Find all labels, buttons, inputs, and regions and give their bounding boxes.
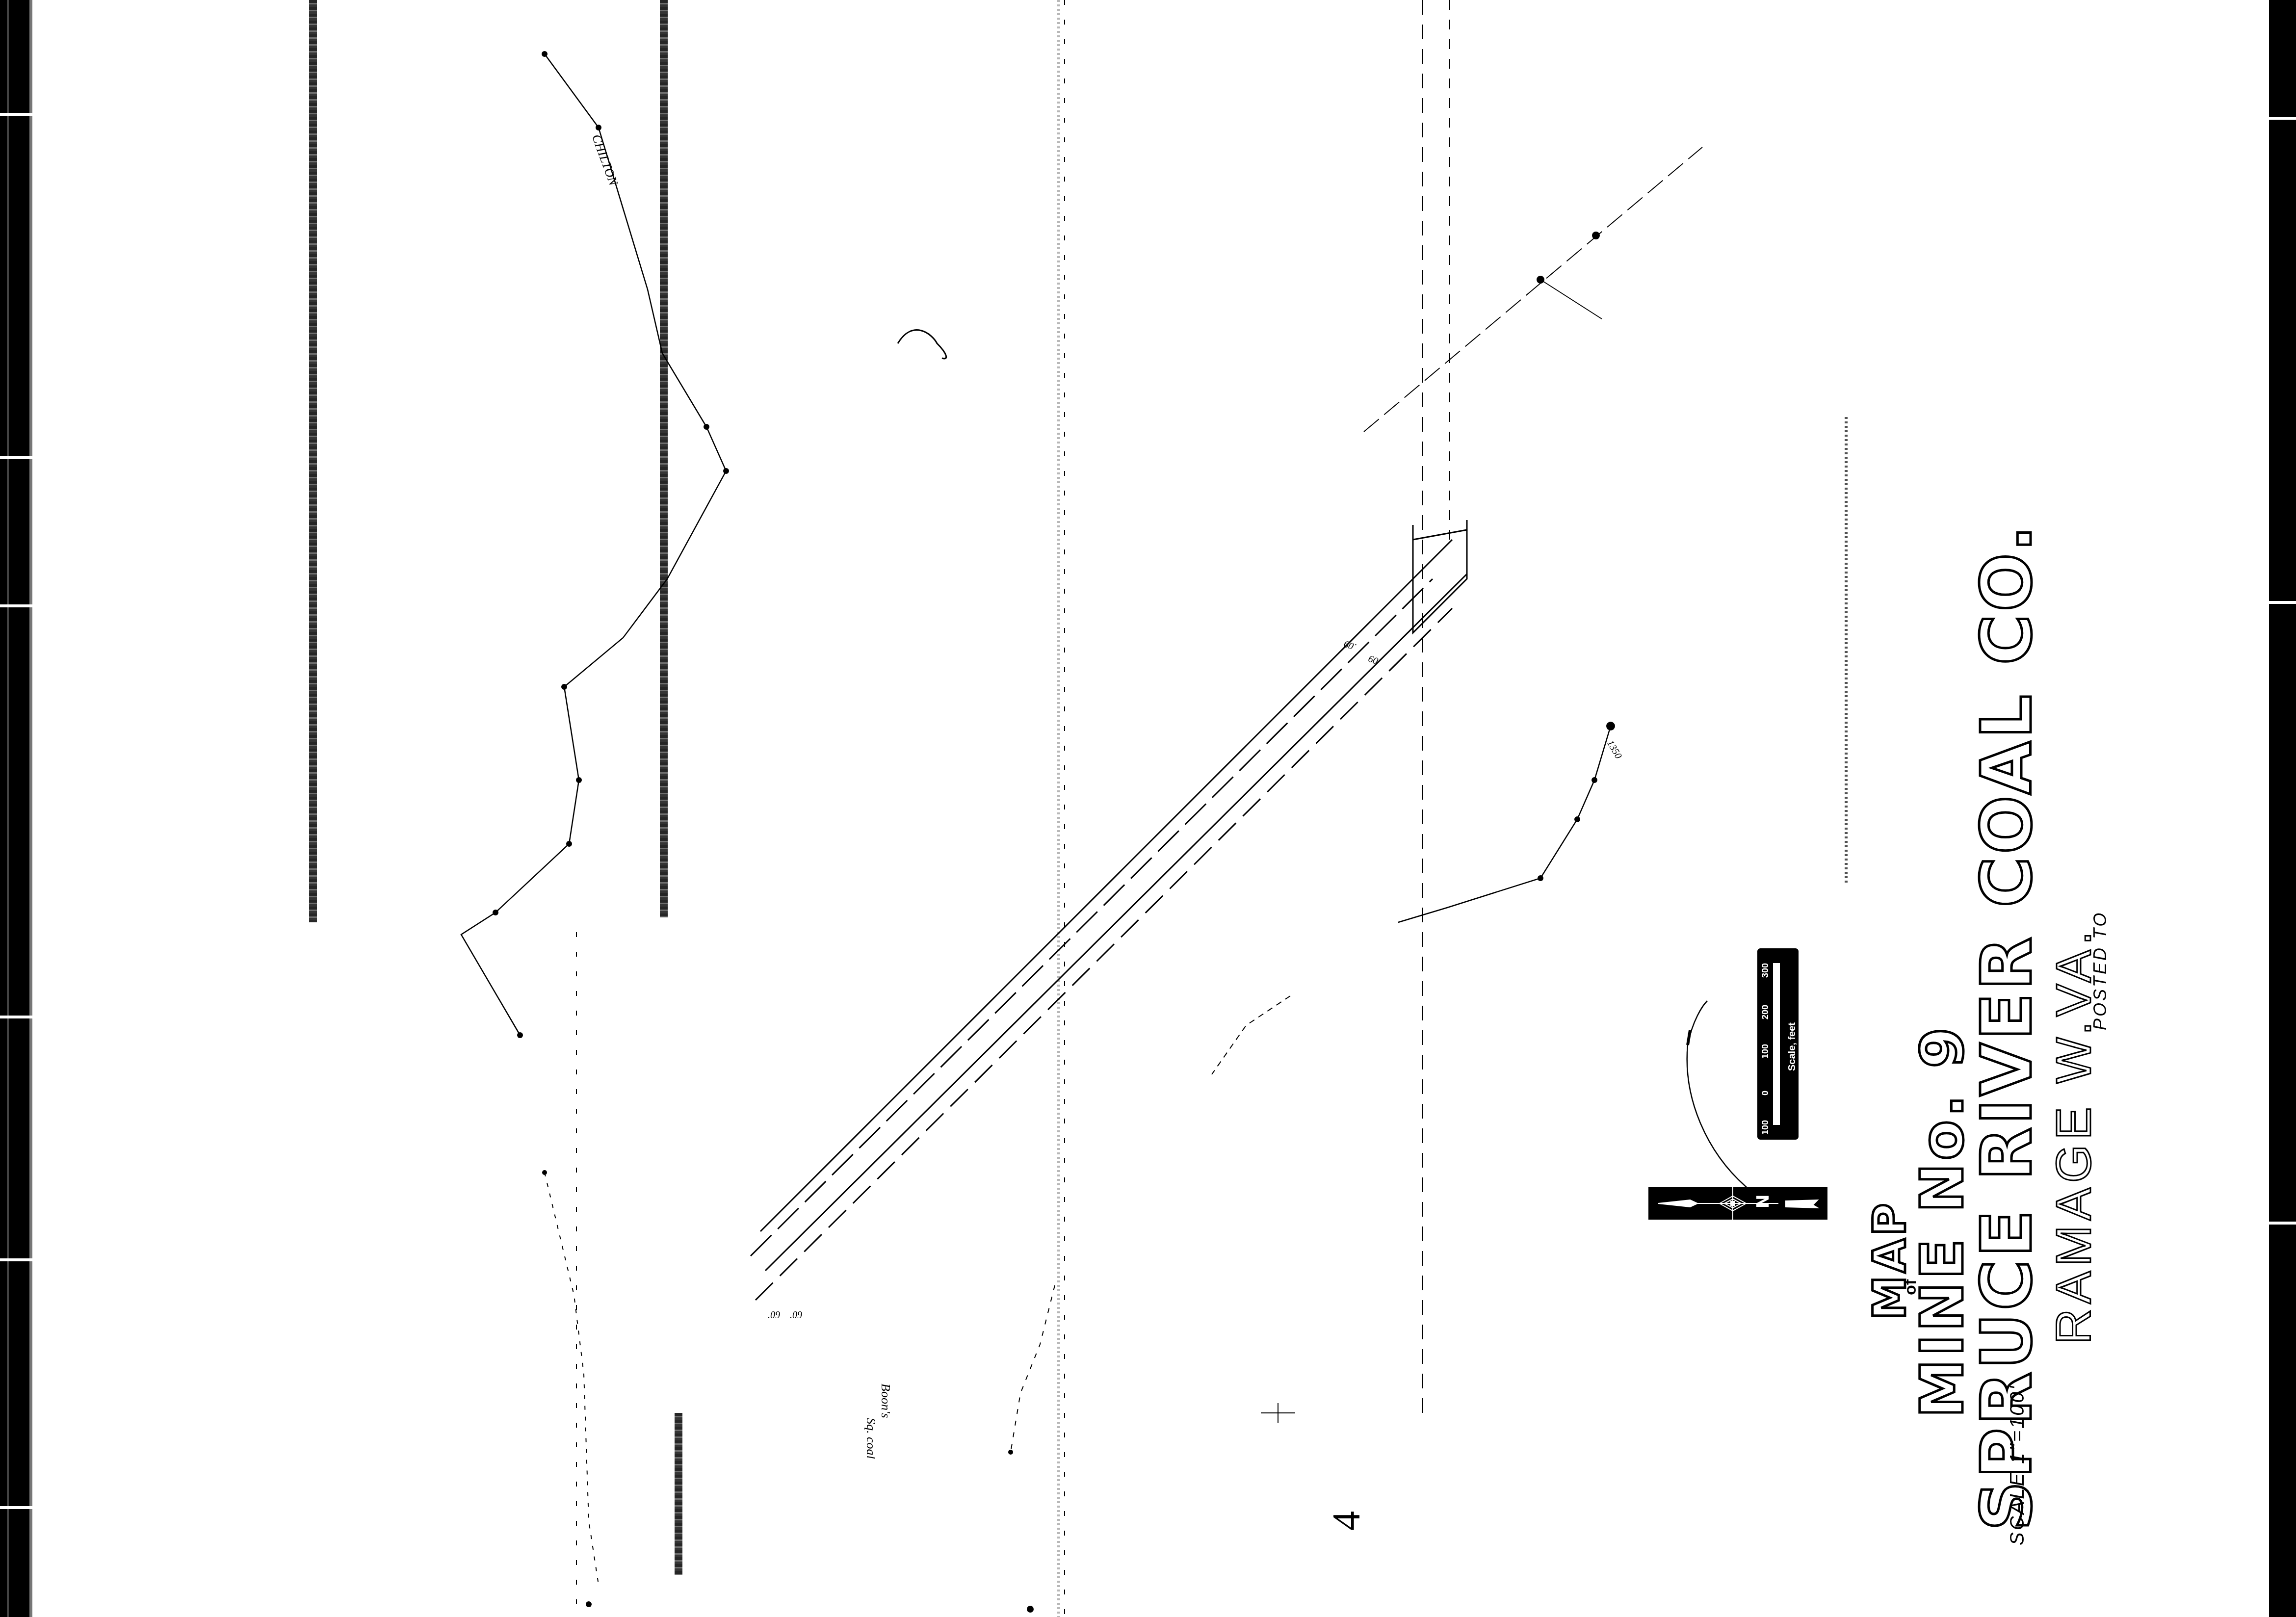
survey-station [1606,722,1615,730]
leader-line [1687,1001,1747,1187]
traverse-line [545,1173,599,1585]
scale-tick: 0 [1760,1091,1771,1095]
traverse-line [461,54,726,1035]
survey-station [596,125,601,130]
map-sheet: CHILTON 1350 .09 .09 .09 .09 Boon's Sq. … [0,0,2296,1617]
survey-station [517,1032,523,1038]
scale-caption: Scale, feet [1787,1022,1798,1071]
survey-station [586,1601,592,1607]
survey-station [542,1170,547,1175]
survey-station [1027,1606,1034,1613]
posted-note: POSTED TO [2090,911,2111,1030]
scale-bar-ruler [1773,963,1780,1125]
entry-line [765,574,1467,1271]
title-mine-number: MINE No. 9 [1908,1024,1977,1418]
scale-bar: 100 0 100 200 300 Scale, feet [1757,948,1799,1140]
survey-station [704,424,709,430]
survey-station [1537,276,1544,284]
survey-station [1574,816,1580,822]
scale-tick: 100 [1760,1044,1771,1059]
coal-note: Sq. coal [863,1418,878,1459]
traverse-line [1398,726,1611,922]
title-company: SPRUCE RIVER COAL CO. [1967,522,2047,1531]
survey-station [1592,777,1597,783]
entry-face [1413,520,1467,633]
survey-station [493,910,498,915]
scale-tick: 100 [1760,1120,1771,1135]
survey-station [723,468,729,474]
scale-tick: 200 [1760,1005,1771,1019]
entry-line [756,608,1452,1300]
sketch-mark [898,330,946,359]
leader-line [1688,1030,1690,1045]
entry-mark-label: .09 [768,1310,780,1321]
survey-station [576,777,582,783]
coal-note: Boon's [878,1383,893,1418]
traverse-line [1212,996,1290,1074]
survey-line [1364,147,1702,432]
survey-station [1592,232,1600,239]
sheet-number: 4 [1325,1511,1369,1531]
traverse-line [1011,1285,1055,1452]
svg-text:N: N [1753,1195,1773,1208]
survey-line [1540,280,1602,319]
survey-station [1008,1450,1013,1455]
scale-note: SCALE 1"=100' [2007,1384,2029,1545]
entry-mark-label: .09 [790,1310,802,1321]
north-arrow-icon: N [1648,1187,1827,1220]
entry-line [751,579,1433,1256]
survey-station [542,51,548,57]
survey-station [566,841,572,847]
scale-tick: 300 [1760,963,1771,978]
survey-station [561,684,567,690]
north-arrow: N [1648,1187,1827,1220]
entry-face [1413,530,1467,540]
survey-station [1538,875,1543,881]
